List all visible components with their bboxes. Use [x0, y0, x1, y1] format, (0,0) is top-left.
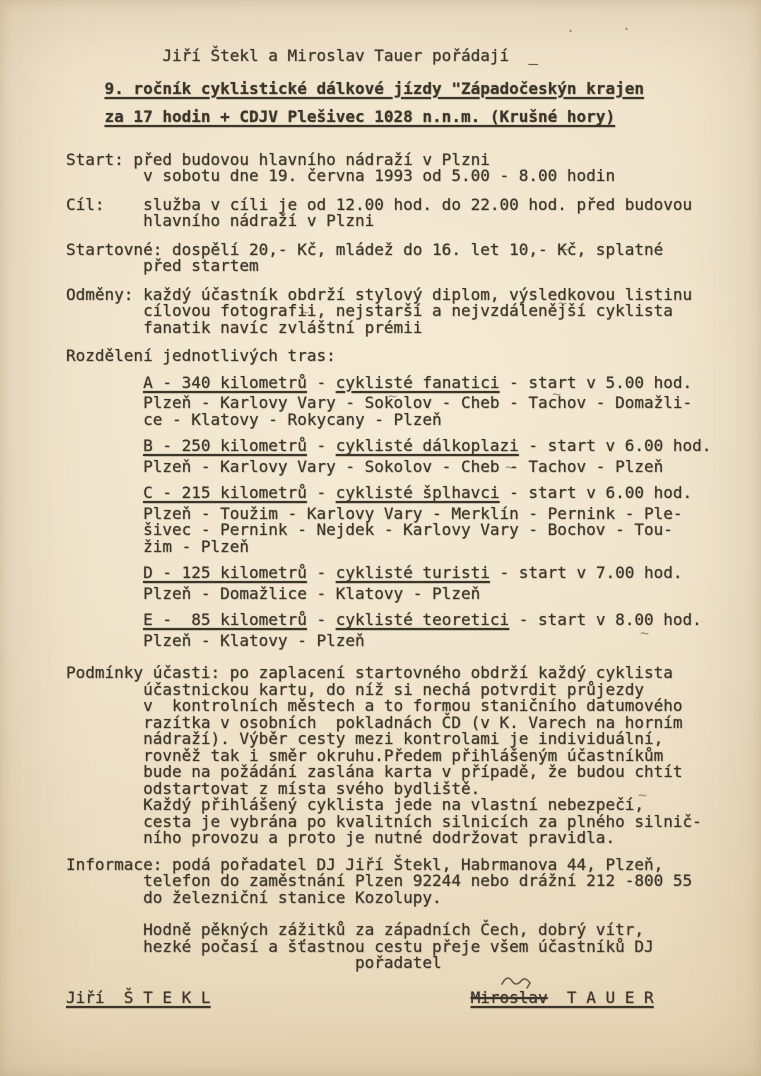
text-segment: - start v 6.00 hod.	[519, 436, 712, 455]
text-segment: do železniční stanice Kozolupy.	[66, 888, 442, 907]
document-line: před startem	[66, 258, 747, 275]
document-line: ního provozu a proto je nutné dodržovat …	[66, 830, 747, 847]
text-segment: - start v 8.00 hod.	[509, 610, 702, 629]
typewriter-artifact: ~	[640, 624, 649, 642]
text-segment: - start v 5.00 hod.	[500, 373, 693, 392]
text-segment: před startem	[66, 256, 259, 275]
document-line: fanatik navíc zvláštní prémii	[66, 320, 747, 337]
text-segment: fanatik navíc zvláštní prémii	[66, 318, 422, 337]
text-segment: -	[307, 436, 336, 455]
text-segment: Plzeň - Karlovy Vary - Sokolov - Cheb - …	[66, 457, 663, 476]
text-segment: -	[307, 483, 336, 502]
document-line: žim - Plzeň	[66, 539, 747, 556]
underlined-text: cyklisté fanatici	[336, 373, 500, 392]
text-segment: -	[307, 610, 336, 629]
text-segment	[66, 373, 143, 392]
text-segment: v sobotu dne 19. června 1993 od 5.00 - 8…	[66, 166, 615, 185]
text-segment: Plzeň - Klatovy - Plzeň	[66, 631, 365, 650]
text-segment	[211, 988, 471, 1007]
document-line: do železniční stanice Kozolupy.	[66, 890, 747, 907]
text-segment: hlavního nádraží v Plzni	[66, 211, 374, 230]
typewriter-artifact: ·	[566, 22, 575, 40]
underlined-text: cyklisté dálkoplazi	[336, 436, 519, 455]
text-segment: pořadatel	[66, 953, 442, 972]
text-segment: Rozdělení jednotlivých tras:	[66, 346, 336, 365]
text-segment	[66, 107, 105, 126]
text-segment: -	[307, 373, 336, 392]
document-line: A - 340 kilometrů - cyklisté fanatici - …	[66, 375, 747, 392]
underlined-text: C - 215 kilometrů	[143, 483, 307, 502]
text-segment	[66, 436, 143, 455]
text-segment: -	[307, 563, 336, 582]
document-line: v sobotu dne 19. června 1993 od 5.00 - 8…	[66, 168, 747, 185]
underlined-text: T A U E R	[548, 988, 654, 1007]
handwritten-mark	[500, 972, 536, 990]
underlined-text: 9. ročník cyklistické dálkové jízdy "Záp…	[105, 79, 644, 98]
document-line: C - 215 kilometrů - cyklisté šplhavci - …	[66, 485, 747, 502]
typewriter-artifact: ~	[388, 387, 397, 405]
document-line: Plzeň - Karlovy Vary - Sokolov - Cheb - …	[66, 459, 747, 476]
typewriter-artifact: ~	[300, 303, 309, 321]
document-line: ce - Klatovy - Rokycany - Plzeň	[66, 412, 747, 429]
text-segment	[66, 483, 143, 502]
text-segment: žim - Plzeň	[66, 537, 249, 556]
text-segment: - start v 7.00 hod.	[490, 563, 683, 582]
underlined-text: A - 340 kilometrů	[143, 373, 307, 392]
underlined-text: D - 125 kilometrů	[143, 563, 307, 582]
text-segment	[66, 563, 143, 582]
typewriter-artifact: ~	[505, 458, 514, 476]
typewriter-artifact: ~	[558, 294, 567, 312]
underlined-text: za 17 hodin + CDJV Plešivec 1028 n.n.m. …	[105, 107, 616, 126]
document-line: D - 125 kilometrů - cyklisté turisti - s…	[66, 565, 747, 582]
typewriter-artifact: ~	[552, 385, 561, 403]
document-line: B - 250 kilometrů - cyklisté dálkoplazi …	[66, 438, 747, 455]
document-line: Rozdělení jednotlivých tras:	[66, 348, 747, 365]
document-line: hlavního nádraží v Plzni	[66, 213, 747, 230]
document-lines: Jiří Štekl a Miroslav Tauer pořádají _ 9…	[66, 48, 747, 1006]
underlined-text: Miroslav	[471, 988, 548, 1007]
document-line: Jiří Š T E K L Miroslav T A U E R	[66, 990, 747, 1007]
underlined-text: E - 85 kilometrů	[143, 610, 307, 629]
document-line: Plzeň - Domažlice - Klatovy - Plzeň	[66, 586, 747, 603]
text-segment: - start v 6.00 hod.	[500, 483, 693, 502]
typewriter-artifact: ·	[622, 20, 631, 38]
text-segment: ce - Klatovy - Rokycany - Plzeň	[66, 410, 442, 429]
text-segment: Jiří Štekl a Miroslav Tauer pořádají _	[66, 46, 538, 65]
text-segment: Plzeň - Domažlice - Klatovy - Plzeň	[66, 584, 480, 603]
document-line: za 17 hodin + CDJV Plešivec 1028 n.n.m. …	[66, 109, 747, 126]
underlined-text: cyklisté turisti	[336, 563, 490, 582]
underlined-text: Jiří Š T E K L	[66, 988, 211, 1007]
underlined-text: cyklisté teoretici	[336, 610, 509, 629]
text-segment	[66, 79, 105, 98]
document-page: Jiří Štekl a Miroslav Tauer pořádají _ 9…	[0, 0, 761, 1076]
underlined-text: B - 250 kilometrů	[143, 436, 307, 455]
text-segment	[66, 610, 143, 629]
text-segment: ního provozu a proto je nutné dodržovat …	[66, 828, 615, 847]
typewriter-artifact: ~	[638, 786, 647, 804]
underlined-text: cyklisté šplhavci	[336, 483, 500, 502]
document-line: pořadatel	[66, 955, 747, 972]
typewriter-artifact: ~	[560, 240, 569, 258]
document-line: 9. ročník cyklistické dálkové jízdy "Záp…	[66, 81, 747, 98]
document-line: Jiří Štekl a Miroslav Tauer pořádají _	[66, 48, 747, 65]
